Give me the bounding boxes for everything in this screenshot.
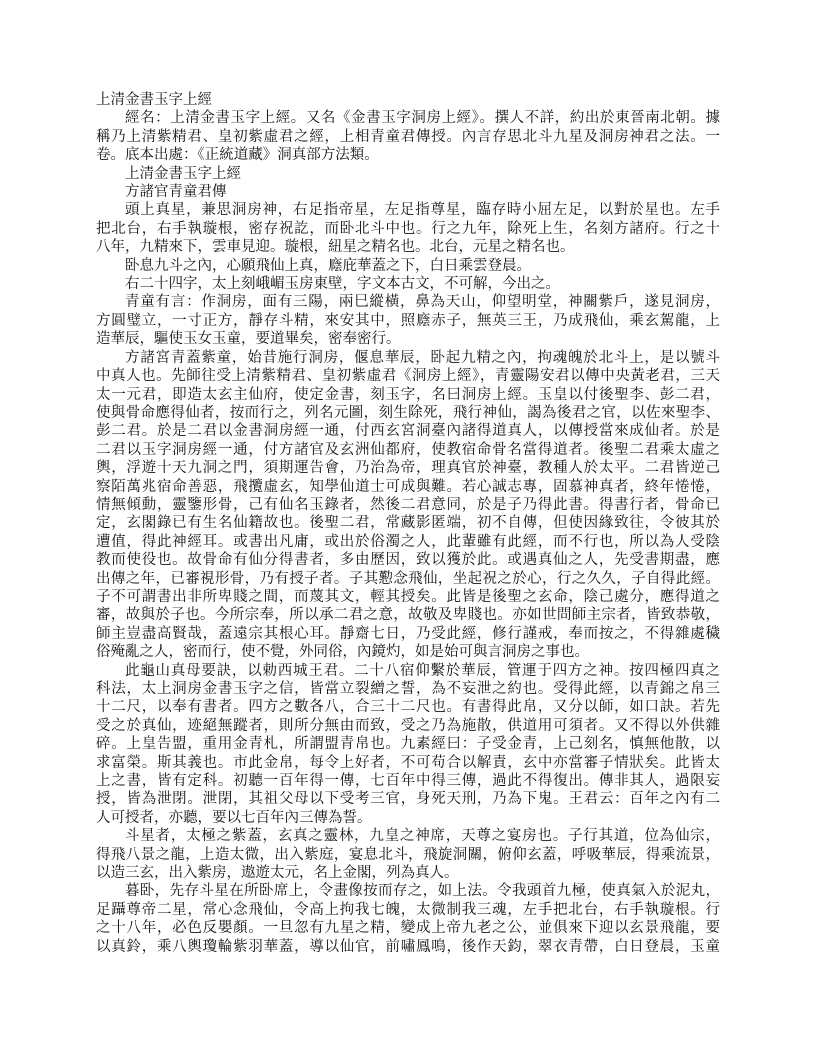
- document-title-line: 上清金書玉字上經: [96, 91, 720, 109]
- text-line: 卷。底本出處：《正統道藏》洞真部方法類。: [96, 146, 720, 164]
- text-line: 遭值，得此神經耳。或書出凡庸，或出於俗濁之人，此輩雖有此經，而不行也，所以為人受…: [96, 533, 720, 551]
- document-text: 上清金書玉字上經經名：上清金書玉字上經。又名《金書玉字洞房上經》。撰人不詳，約出…: [96, 91, 720, 956]
- text-line: 定，玄閣錄已有生名仙籍故也。後聖二君，常藏影匿端，初不自傳，但使因緣致往，令彼其…: [96, 514, 720, 532]
- text-line: 碎。上皇告盟，重用金青札，所謂盟青帛也。九素經曰：子受金青，上己刻名，慎無他散，…: [96, 735, 720, 753]
- text-line: 求富榮。斯其義也。市此金帛，每令上好者，不可苟合以解責，玄中亦當審子情狀矣。此皆…: [96, 754, 720, 772]
- text-line: 師主豈盡高賢哉，蓋遠宗其根心耳。靜齋七日，乃受此經，修行謹戒，奉而按之，不得雜處…: [96, 625, 720, 643]
- text-line: 把北台，右手執璇根，密存祝訖，而卧北斗中也。行之九年，除死上生，名刻方諸府。行之…: [96, 220, 720, 238]
- section-heading-line: 上清金書玉字上經: [96, 165, 720, 183]
- text-line: 教而使役也。故骨命有仙分得書者，多由歷因，致以獲於此。或遇真仙之人，先受書期盡，…: [96, 551, 720, 569]
- text-line: 八年，九精來下，雲車見迎。璇根，紐星之精名也。北台，元星之精名也。: [96, 238, 720, 256]
- text-line: 俗殗亂之人，密而行，使不覺，外同俗，內鏡灼，如是始可與言洞房之事也。: [96, 643, 720, 661]
- text-line: 得飛八景之龍，上造太微，出入紫庭，宴息北斗，飛旋洞關，俯仰玄蓋，呼吸華辰，得乘流…: [96, 846, 720, 864]
- text-line: 人可授者，亦聽，要以七百年內三傳為誓。: [96, 809, 720, 827]
- text-line: 暮卧，先存斗星在所卧席上，令畫像按而存之，如上法。令我頭首九極，使真氣入於泥丸，: [96, 882, 720, 900]
- text-line: 出傳之年，已審視形骨，乃有授子者。子其懃念飛仙，坐起祝之於心，行之久久，子自得此…: [96, 570, 720, 588]
- text-line: 察陌萬兆宿命善惡，飛攬虛玄，知學仙道士可成與難。若心誠志專，固慕神真者，終年惓惓…: [96, 478, 720, 496]
- text-line: 二君以玉字洞房經一通，付方諸官及玄洲仙都府，使教宿命骨名當得道者。後聖二君乘太虛…: [96, 441, 720, 459]
- text-line: 右二十四字，太上刻峨嵋玉房東壁，字文本古文，不可解，今出之。: [96, 275, 720, 293]
- text-line: 受之於真仙，迹絕無蹤者，則所分無由而致，受之乃為施散，供道用可須者。又不得以外供…: [96, 717, 720, 735]
- text-line: 稱乃上清紫精君、皇初紫虛君之經，上相青童君傳授。內言存思北斗九星及洞房神君之法。…: [96, 128, 720, 146]
- text-line: 彭二君。於是二君以金書洞房經一通，付西玄宮洞臺內諸得道真人，以傳授當來成仙者。於…: [96, 422, 720, 440]
- text-line: 科法，太上洞房金書玉字之信，皆當立裂繒之誓，為不妄泄之約也。受得此經，以青錦之帛…: [96, 680, 720, 698]
- text-line: 使與骨命應得仙者，按而行之，列名元圖，刻生除死，飛行神仙，謁為後君之官，以佐來聖…: [96, 404, 720, 422]
- text-line: 審，故與於子也。今所宗奉，所以承二君之意，故敬及卑賤也。亦如世問師主宗者，皆致恭…: [96, 606, 720, 624]
- text-line: 經名：上清金書玉字上經。又名《金書玉字洞房上經》。撰人不詳，約出於東晉南北朝。據: [96, 109, 720, 127]
- text-line: 造華辰，驅使玉女玉童，要道畢矣，密奉密行。: [96, 330, 720, 348]
- text-line: 授，皆為泄閉。泄閉，其祖父母以下受考三官，身死天刑，乃為下鬼。王君云：百年之內有…: [96, 790, 720, 808]
- text-line: 方圓璧立，一寸正方，靜存斗精，來安其中，照廕赤子，無英三王，乃成飛仙，乘玄駕龍，…: [96, 312, 720, 330]
- text-line: 頭上真星，兼思洞房神，右足指帝星，左足指尊星，臨存時小屈左足，以對於星也。左手: [96, 201, 720, 219]
- text-line: 青童有言：作洞房，面有三陽，兩巳縱橫，鼻為天山，仰望明堂，神關紫戶，遂見洞房，: [96, 293, 720, 311]
- text-line: 太一元君，即造太玄主仙府，使定金書，刻玉字，名曰洞房上經。玉皇以付後聖李、彭二君…: [96, 386, 720, 404]
- text-line: 斗星者，太極之紫蓋，玄真之靈林，九皇之神席，天尊之宴房也。子行其道，位為仙宗，: [96, 827, 720, 845]
- text-line: 以造三玄，出入紫房，遨遊太元，名上金閣，列為真人。: [96, 864, 720, 882]
- text-line: 中真人也。先師往受上清紫精君、皇初紫虛君《洞房上經》，青靈陽安君以傳中央黃老君，…: [96, 367, 720, 385]
- text-line: 十二尺，以奉有書者。四方之數各八，合三十二尺也。有書得此帛，又分以師，如口訣。若…: [96, 698, 720, 716]
- section-heading-line: 方諸官青童君傳: [96, 183, 720, 201]
- text-line: 輿，浮遊十天九洞之門，須期運告會，乃治為帝，理真官於神臺，教種人於太平。二君皆逆…: [96, 459, 720, 477]
- text-line: 此龜山真母要訣，以勅西城王君。二十八宿仰繫於華辰，管運于四方之神。按四極四真之: [96, 662, 720, 680]
- text-line: 子不可謂書出非所卑賤之間，而蔑其文，輕其授矣。此皆是後聖之玄命，陰己處分，應得道…: [96, 588, 720, 606]
- text-line: 以真鈴，乘八輿瓊輪紫羽華蓋，導以仙官，前嘯鳳鳴，後作天鈞，翠衣青帶，白日登晨，玉…: [96, 938, 720, 956]
- document-page: 上清金書玉字上經經名：上清金書玉字上經。又名《金書玉字洞房上經》。撰人不詳，約出…: [0, 0, 816, 1056]
- text-line: 情無傾動，靈鑒形骨，己有仙名玉錄者，然後二君意同，於是子乃得此書。得書行者，骨命…: [96, 496, 720, 514]
- text-line: 卧息九斗之內，心願飛仙上真，廕庇華蓋之下，白日乘雲登晨。: [96, 257, 720, 275]
- text-line: 足躡尊帝二星，常心念飛仙，令高上拘我七魄，太微制我三魂，左手把北台，右手執璇根。…: [96, 901, 720, 919]
- text-line: 上之書，皆有定科。初聽一百年得一傳，七百年中得三傳，過此不得復出。傳非其人，過限…: [96, 772, 720, 790]
- text-line: 之十八年，必色反嬰顏。一旦忽有九星之精，變成上帝九老之公，並俱來下迎以玄景飛龍，…: [96, 919, 720, 937]
- text-line: 方諸宮青蓋紫童，始昔施行洞房，偃息華辰，卧起九精之內，拘魂魄於北斗上，是以號斗: [96, 349, 720, 367]
